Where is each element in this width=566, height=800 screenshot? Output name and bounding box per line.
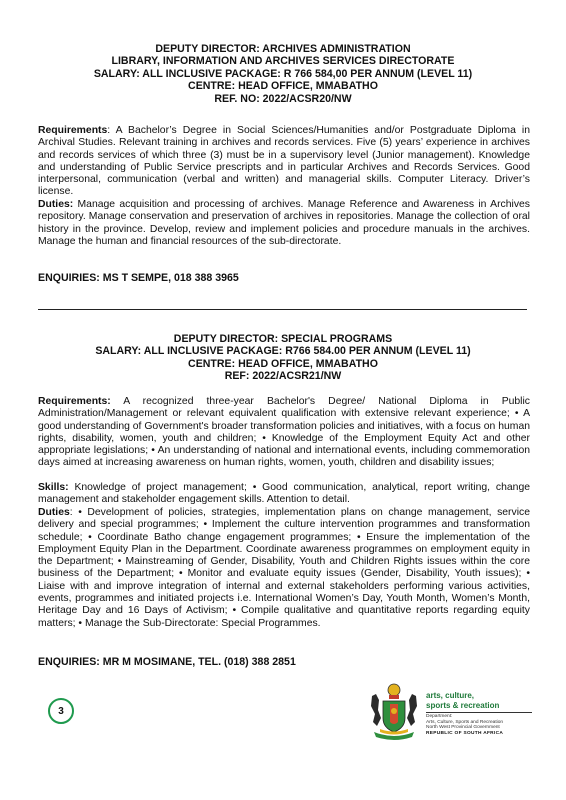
post2-salary: SALARY: ALL INCLUSIVE PACKAGE: R766 584.… [38, 345, 528, 357]
post2-centre: CENTRE: HEAD OFFICE, MMABATHO [38, 358, 528, 370]
post1-enquiries: ENQUIRIES: MS T SEMPE, 018 388 3965 [38, 272, 239, 284]
post2-requirements-label: Requirements: [38, 396, 111, 407]
brand-line-2: sports & recreation [426, 701, 536, 711]
page-number-badge: 3 [48, 698, 74, 724]
post1-centre: CENTRE: HEAD OFFICE, MMABATHO [38, 80, 528, 92]
post2-header: DEPUTY DIRECTOR: SPECIAL PROGRAMS SALARY… [38, 333, 528, 383]
section-divider [38, 309, 527, 310]
post1-requirements-text: : A Bachelor’s Degree in Social Sciences… [38, 125, 530, 197]
coat-of-arms-icon [366, 682, 422, 742]
post2-enquiries: ENQUIRIES: MR M MOSIMANE, TEL. (018) 388… [38, 656, 296, 668]
post2-title: DEPUTY DIRECTOR: SPECIAL PROGRAMS [38, 333, 528, 345]
post1-requirements-label: Requirements [38, 125, 107, 136]
brand-line-1: arts, culture, [426, 691, 536, 701]
post2-ref: REF: 2022/ACSR21/NW [38, 370, 528, 382]
post1-duties: Duties: Manage acquisition and processin… [38, 199, 530, 248]
post1-salary: SALARY: ALL INCLUSIVE PACKAGE: R 766 584… [38, 68, 528, 80]
post2-requirements: Requirements: A recognized three-year Ba… [38, 396, 530, 470]
post2-duties: Duties: • Development of policies, strat… [38, 507, 530, 630]
post1-title: DEPUTY DIRECTOR: ARCHIVES ADMINISTRATION [38, 43, 528, 55]
post1-ref: REF. NO: 2022/ACSR20/NW [38, 93, 528, 105]
post1-duties-label: Duties: [38, 199, 73, 210]
page-number: 3 [58, 706, 64, 717]
document-page: DEPUTY DIRECTOR: ARCHIVES ADMINISTRATION… [0, 0, 566, 800]
department-logo: arts, culture, sports & recreation Depar… [366, 682, 536, 744]
post2-skills-label: Skills: [38, 482, 69, 493]
post1-directorate: LIBRARY, INFORMATION AND ARCHIVES SERVIC… [38, 55, 528, 67]
brand-divider [426, 712, 532, 713]
post2-requirements-text: A recognized three-year Bachelor's Degre… [38, 396, 530, 468]
logo-text: arts, culture, sports & recreation Depar… [426, 691, 536, 736]
post2-duties-label: Duties [38, 507, 70, 518]
post2-skills-text: Knowledge of project management; • Good … [38, 482, 530, 505]
post1-duties-text: Manage acquisition and processing of arc… [38, 199, 530, 247]
country-name: REPUBLIC OF SOUTH AFRICA [426, 731, 536, 737]
post2-skills: Skills: Knowledge of project management;… [38, 482, 530, 507]
post1-header: DEPUTY DIRECTOR: ARCHIVES ADMINISTRATION… [38, 43, 528, 105]
post1-requirements: Requirements: A Bachelor’s Degree in Soc… [38, 125, 530, 199]
post2-duties-text: : • Development of policies, strategies,… [38, 507, 530, 629]
